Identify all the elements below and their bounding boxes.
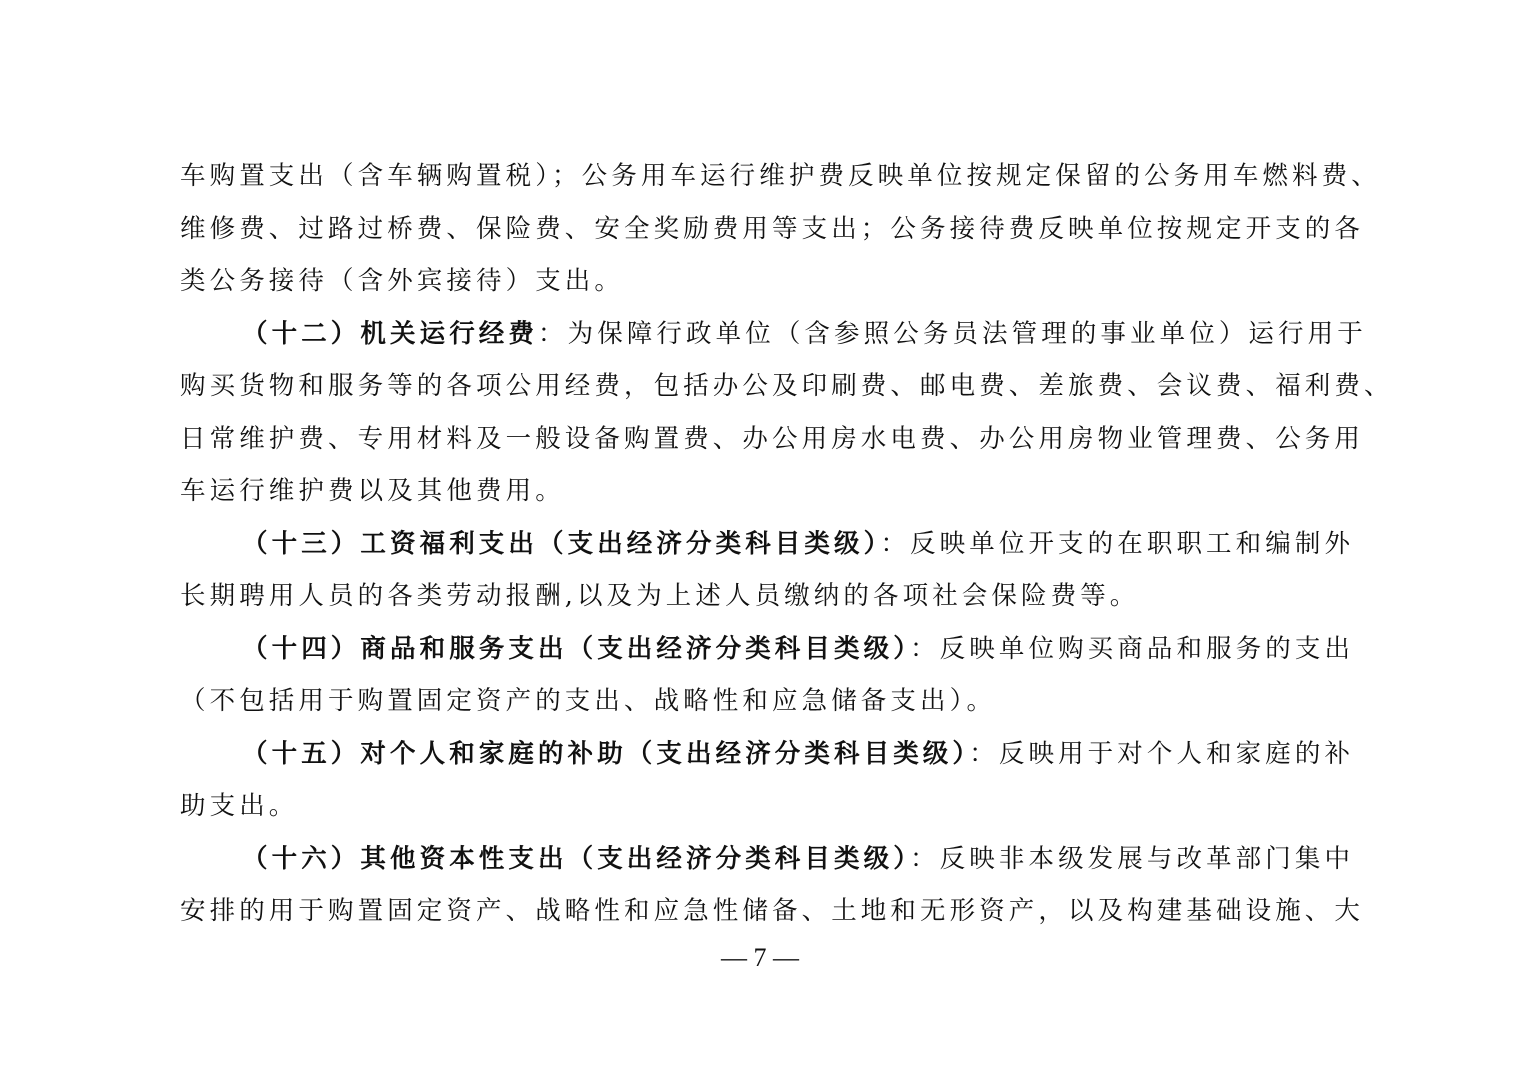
paragraph-first-line: （十三）工资福利支出（支出经济分类科目类级）：反映单位开支的在职职工和编制外: [180, 518, 1332, 571]
text-line: 长期聘用人员的各类劳动报酬,以及为上述人员缴纳的各项社会保险费等。: [180, 570, 1332, 623]
section-heading-13: （十三）工资福利支出（支出经济分类科目类级）: [242, 529, 880, 559]
document-body: 车购置支出（含车辆购置税）；公务用车运行维护费反映单位按规定保留的公务用车燃料费…: [180, 150, 1332, 938]
section-heading-14: （十四）商品和服务支出（支出经济分类科目类级）: [242, 634, 910, 664]
section-heading-15: （十五）对个人和家庭的补助（支出经济分类科目类级）: [242, 739, 969, 769]
page-number: — 7 —: [0, 940, 1520, 976]
paragraph-text: ：反映非本级发展与改革部门集中: [910, 844, 1354, 874]
text-line: （不包括用于购置固定资产的支出、战略性和应急储备支出）。: [180, 675, 1332, 728]
document-page: 车购置支出（含车辆购置税）；公务用车运行维护费反映单位按规定保留的公务用车燃料费…: [0, 0, 1520, 1074]
text-line: 维修费、过路过桥费、保险费、安全奖励费用等支出；公务接待费反映单位按规定开支的各: [180, 203, 1332, 256]
paragraph-text: ：反映单位购买商品和服务的支出: [910, 634, 1354, 664]
paragraph-text: ：为保障行政单位（含参照公务员法管理的事业单位）运行用于: [538, 319, 1367, 349]
paragraph-text: ：反映单位开支的在职职工和编制外: [880, 529, 1354, 559]
text-line: 类公务接待（含外宾接待）支出。: [180, 255, 1332, 308]
section-heading-16: （十六）其他资本性支出（支出经济分类科目类级）: [242, 844, 910, 874]
text-line: 车购置支出（含车辆购置税）；公务用车运行维护费反映单位按规定保留的公务用车燃料费…: [180, 150, 1332, 203]
section-heading-12: （十二）机关运行经费: [242, 319, 538, 349]
paragraph-first-line: （十六）其他资本性支出（支出经济分类科目类级）：反映非本级发展与改革部门集中: [180, 833, 1332, 886]
text-line: 助支出。: [180, 780, 1332, 833]
text-line: 安排的用于购置固定资产、战略性和应急性储备、土地和无形资产，以及构建基础设施、大: [180, 885, 1332, 938]
text-line: 日常维护费、专用材料及一般设备购置费、办公用房水电费、办公用房物业管理费、公务用: [180, 413, 1332, 466]
paragraph-first-line: （十四）商品和服务支出（支出经济分类科目类级）：反映单位购买商品和服务的支出: [180, 623, 1332, 676]
paragraph-first-line: （十五）对个人和家庭的补助（支出经济分类科目类级）：反映用于对个人和家庭的补: [180, 728, 1332, 781]
text-line: 购买货物和服务等的各项公用经费，包括办公及印刷费、邮电费、差旅费、会议费、福利费…: [180, 360, 1332, 413]
text-line: 车运行维护费以及其他费用。: [180, 465, 1332, 518]
paragraph-first-line: （十二）机关运行经费：为保障行政单位（含参照公务员法管理的事业单位）运行用于: [180, 308, 1332, 361]
paragraph-text: ：反映用于对个人和家庭的补: [969, 739, 1354, 769]
